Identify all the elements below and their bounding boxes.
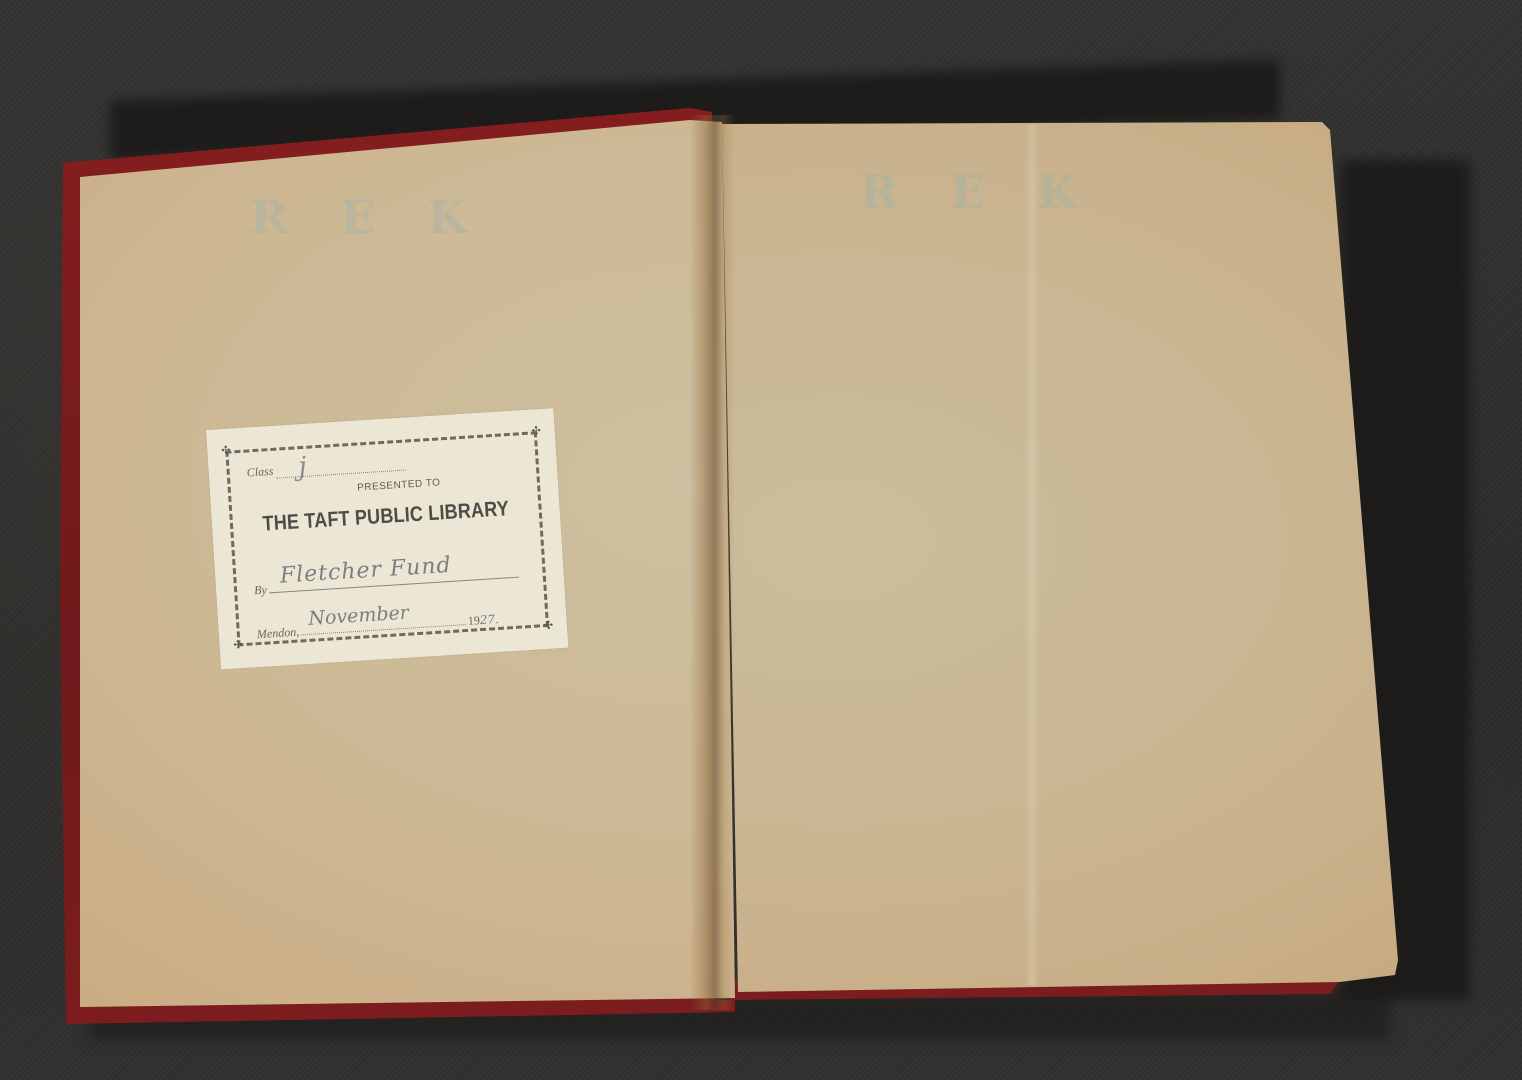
place-label: Mendon, xyxy=(256,625,299,642)
corner-ornament-icon: ✣ xyxy=(233,641,243,651)
page-fold-line xyxy=(1025,125,1039,985)
year-handwritten-suffix: 27. xyxy=(479,612,499,627)
corner-ornament-icon: ✣ xyxy=(531,427,541,437)
corner-ornament-icon: ✣ xyxy=(221,447,231,457)
by-label: By xyxy=(254,583,268,598)
offset-mark-left: R E K xyxy=(250,190,485,244)
library-bookplate: ✣ ✣ ✣ ✣ Class j PRESENTED TO THE TAFT PU… xyxy=(206,408,568,669)
corner-ornament-icon: ✣ xyxy=(544,622,554,632)
offset-mark-right: R E K xyxy=(860,165,1095,219)
class-label: Class xyxy=(246,464,274,480)
book-gutter xyxy=(690,115,735,1010)
